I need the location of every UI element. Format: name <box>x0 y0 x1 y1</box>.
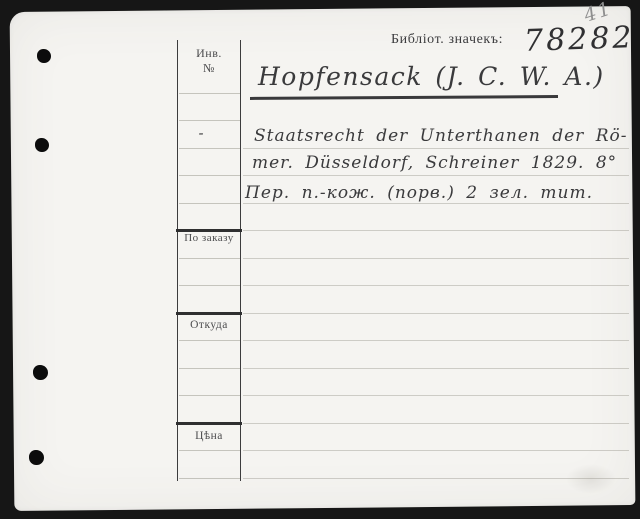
library-stamp-label: Библіот. значекъ: <box>391 32 531 48</box>
title-line-2: mer. Düsseldorf, Schreiner 1829. 8° <box>252 153 617 173</box>
title-line-1: Staatsrecht der Unterthanen der Rö- <box>254 126 628 146</box>
price-label: Цѣна <box>178 430 240 442</box>
ruled-line <box>243 203 629 204</box>
punch-hole <box>37 49 51 63</box>
column-rule-line <box>179 148 240 149</box>
inventory-value-dash: - <box>191 124 211 142</box>
inventory-label: Инв. № <box>178 46 240 76</box>
accession-number: 78282 <box>523 20 635 59</box>
order-label: По заказу <box>178 232 240 244</box>
column-rule-line <box>179 368 240 369</box>
column-rule-line <box>179 120 240 121</box>
column-section-divider <box>176 312 242 315</box>
pencil-smudge <box>566 464 616 494</box>
ruled-line <box>243 313 629 314</box>
ruled-line <box>243 175 629 176</box>
column-rule-line <box>179 285 240 286</box>
ruled-line <box>243 450 629 451</box>
origin-label: Откуда <box>178 319 240 331</box>
column-rule-line <box>179 395 240 396</box>
column-rule-line <box>179 478 240 479</box>
inventory-number-sign: № <box>178 61 240 76</box>
punch-hole <box>29 450 44 465</box>
title-line-3: Пер. п.-кож. (порв.) 2 зел. тит. <box>245 183 593 203</box>
column-rule-line <box>179 450 240 451</box>
inventory-label-text: Инв. <box>178 46 240 61</box>
ruled-line <box>243 230 629 231</box>
ruled-line <box>243 395 629 396</box>
column-rule-line <box>179 340 240 341</box>
column-rule-line <box>179 175 240 176</box>
ruled-line <box>243 285 629 286</box>
ruled-line <box>243 368 629 369</box>
punch-hole <box>35 138 49 152</box>
ruled-line <box>243 148 629 149</box>
ruled-line <box>243 258 629 259</box>
ruled-line <box>243 423 629 424</box>
catalog-card-scan: Инв. № По заказу Откуда Цѣна - Библіот. … <box>0 0 640 519</box>
column-rule-line <box>179 258 240 259</box>
ruled-line <box>243 478 629 479</box>
punch-hole <box>33 365 48 380</box>
column-rule-line <box>179 203 240 204</box>
column-section-divider <box>176 422 242 425</box>
inventory-column-frame <box>177 40 241 481</box>
author-name: Hopfensack (J. C. W. A.) <box>258 62 605 91</box>
ruled-line <box>243 340 629 341</box>
column-rule-line <box>179 93 240 94</box>
